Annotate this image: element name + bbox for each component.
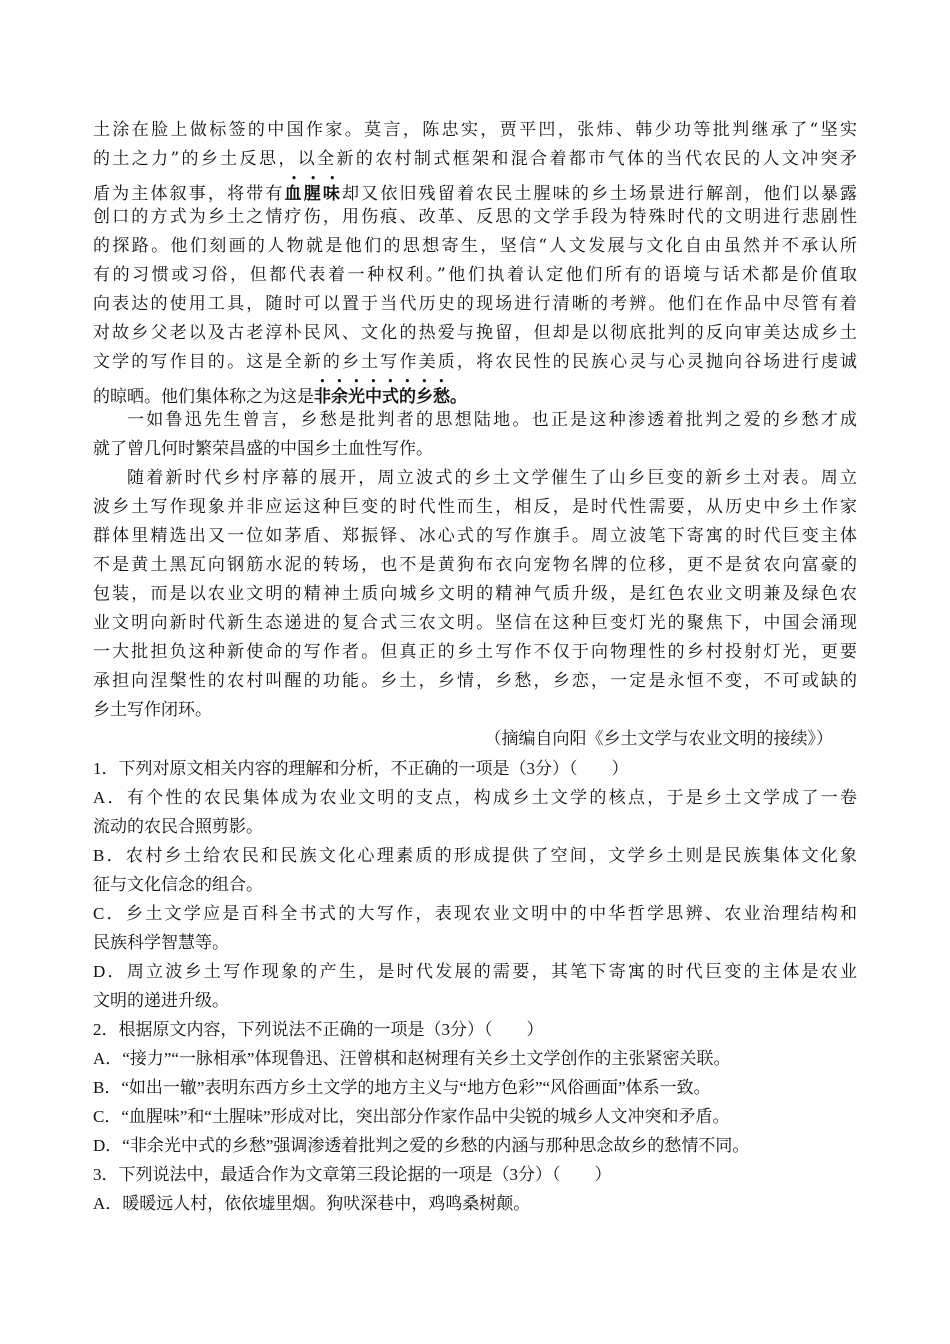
article-paragraph-2: 一如鲁迅先生曾言，乡愁是批判者的思想陆地。也正是这种渗透着批判之爱的乡愁才成 就… (93, 406, 857, 464)
text-line: 对故乡父老以及古老淳朴民风、文化的热爱与挽留，但却是以彻底批判的反向审美达成乡土 (93, 319, 857, 348)
text-line: 土涂在脸上做标签的中国作家。莫言，陈忠实，贾平凹，张炜、韩少功等批判继承了“坚实 (93, 116, 857, 145)
option-a[interactable]: A．“接力”“一脉相承”体现鲁迅、汪曾棋和赵树理有关乡土文学创作的主张紧密关联。 (93, 1044, 857, 1073)
option-b[interactable]: B．农村乡土给农民和民族文化心理素质的形成提供了空间，文学乡土则是民族集体文化象… (93, 841, 857, 899)
text-line: 向表达的使用工具，随时可以置于当代历史的现场进行清晰的考辨。他们在作品中尽管有着 (93, 290, 857, 319)
text-line: 业文明向新时代新生态递进的复合式三农文明。坚信在这种巨变灯光的聚焦下，中国会涌现 (93, 609, 857, 638)
text-line: 波乡土写作现象并非应运这种巨变的时代性而生，相反，是时代性需要，从历史中乡土作家 (93, 493, 857, 522)
text-line: 一大批担负这种新使命的写作者。但真正的乡土写作不仅于向物理性的乡村投射灯光，更要 (93, 638, 857, 667)
option-a[interactable]: A．有个性的农民集体成为农业文明的支点，构成乡土文学的核点，于是乡土文学成了一卷… (93, 783, 857, 841)
question-stem: 2．根据原文内容，下列说法不正确的一项是（3分）（ ） (93, 1015, 857, 1044)
text-line: 随着新时代乡村序幕的展开，周立波式的乡土文学催生了山乡巨变的新乡土对表。周立 (93, 464, 857, 493)
text-line: 包装，而是以农业文明的精神土质向城乡文明的精神气质升级，是红色农业文明兼及绿色农 (93, 580, 857, 609)
option-a[interactable]: A．暖暖远人村，依依墟里烟。狗吠深巷中，鸡鸣桑树颠。 (93, 1189, 857, 1218)
option-c[interactable]: C．乡土文学应是百科全书式的大写作，表现农业文明中的中华哲学思辨、农业治理结构和… (93, 899, 857, 957)
question-1: 1．下列对原文相关内容的理解和分析，不正确的一项是（3分）（ ） A．有个性的农… (93, 754, 857, 1015)
source-citation: （摘编自向阳《乡土文学与农业文明的接续》） (93, 725, 857, 754)
text-span: 却又依旧残留着农民土腥味的乡土场景进行解剖，他们以暴露 (342, 184, 857, 204)
option-c[interactable]: C．“血腥味”和“土腥味”形成对比，突出部分作家作品中尖锐的城乡人文冲突和矛盾。 (93, 1102, 857, 1131)
text-span: 。 (450, 387, 467, 407)
text-line: 有的习惯或习俗，但都代表着一种权利。”他们执着认定他们所有的语境与话术都是价值取 (93, 261, 857, 290)
option-text: D．周立波乡土写作现象的产生，是时代发展的需要，其笔下寄寓的时代巨变的主体是农业 (93, 957, 857, 986)
text-line: 的土之力”的乡土反思，以全新的农村制式框架和混合着都市气体的当代农民的人文冲突矛 (93, 145, 857, 174)
text-line: 盾为主体叙事，将带有血腥味却又依旧残留着农民土腥味的乡土场景进行解剖，他们以暴露 (93, 174, 857, 203)
option-text: C．乡土文学应是百科全书式的大写作，表现农业文明中的中华哲学思辨、农业治理结构和 (93, 899, 857, 928)
text-line: 就了曾几何时繁荣昌盛的中国乡土血性写作。 (93, 435, 857, 464)
option-text: 征与文化信念的组合。 (93, 870, 857, 899)
question-stem: 3．下列说法中，最适合作为文章第三段论据的一项是（3分）（ ） (93, 1160, 857, 1189)
emphasized-term: 非余光中式的乡愁 (314, 387, 450, 407)
text-line: 不是黄土黑瓦向钢筋水泥的转场，也不是黄狗布衣向宠物名牌的位移，更不是贫农向富豪的 (93, 551, 857, 580)
option-text: A．有个性的农民集体成为农业文明的支点，构成乡土文学的核点，于是乡土文学成了一卷 (93, 783, 857, 812)
option-b[interactable]: B．“如出一辙”表明东西方乡土文学的地方主义与“地方色彩”“风俗画面”体系一致。 (93, 1073, 857, 1102)
article-paragraph-3: 随着新时代乡村序幕的展开，周立波式的乡土文学催生了山乡巨变的新乡土对表。周立 波… (93, 464, 857, 725)
question-3: 3．下列说法中，最适合作为文章第三段论据的一项是（3分）（ ） A．暖暖远人村，… (93, 1160, 857, 1218)
question-2: 2．根据原文内容，下列说法不正确的一项是（3分）（ ） A．“接力”“一脉相承”… (93, 1015, 857, 1160)
text-line: 的晾晒。他们集体称之为这是非余光中式的乡愁。 (93, 377, 857, 406)
text-span: 盾为主体叙事，将带有 (93, 184, 285, 204)
option-d[interactable]: D．“非余光中式的乡愁”强调渗透着批判之爱的乡愁的内涵与那种思念故乡的愁情不同。 (93, 1131, 857, 1160)
option-text: 流动的农民合照剪影。 (93, 812, 857, 841)
text-span: 的晾晒。他们集体称之为这是 (93, 387, 314, 407)
text-line: 创口的方式为乡土之情疗伤，用伤痕、改革、反思的文学手段为特殊时代的文明进行悲剧性 (93, 203, 857, 232)
article-paragraph-1: 土涂在脸上做标签的中国作家。莫言，陈忠实，贾平凹，张炜、韩少功等批判继承了“坚实… (93, 116, 857, 406)
option-text: B．农村乡土给农民和民族文化心理素质的形成提供了空间，文学乡土则是民族集体文化象 (93, 841, 857, 870)
emphasized-term: 血腥味 (285, 184, 342, 204)
option-text: 民族科学智慧等。 (93, 928, 857, 957)
text-line: 承担向涅槃性的农村叫醒的功能。乡土，乡情，乡愁，乡恋，一定是永恒不变，不可或缺的 (93, 667, 857, 696)
question-stem: 1．下列对原文相关内容的理解和分析，不正确的一项是（3分）（ ） (93, 754, 857, 783)
option-d[interactable]: D．周立波乡土写作现象的产生，是时代发展的需要，其笔下寄寓的时代巨变的主体是农业… (93, 957, 857, 1015)
text-line: 文学的写作目的。这是全新的乡土写作美质，将农民性的民族心灵与心灵抛向谷场进行虔诚 (93, 348, 857, 377)
text-line: 群体里精选出又一位如茅盾、郑振铎、冰心式的写作旗手。周立波笔下寄寓的时代巨变主体 (93, 522, 857, 551)
text-line: 乡土写作闭环。 (93, 696, 857, 725)
text-line: 的探路。他们刻画的人物就是他们的思想寄生，坚信“人文发展与文化自由虽然并不承认所 (93, 232, 857, 261)
option-text: 文明的递进升级。 (93, 986, 857, 1015)
document-page: 土涂在脸上做标签的中国作家。莫言，陈忠实，贾平凹，张炜、韩少功等批判继承了“坚实… (93, 116, 857, 1218)
text-line: 一如鲁迅先生曾言，乡愁是批判者的思想陆地。也正是这种渗透着批判之爱的乡愁才成 (93, 406, 857, 435)
